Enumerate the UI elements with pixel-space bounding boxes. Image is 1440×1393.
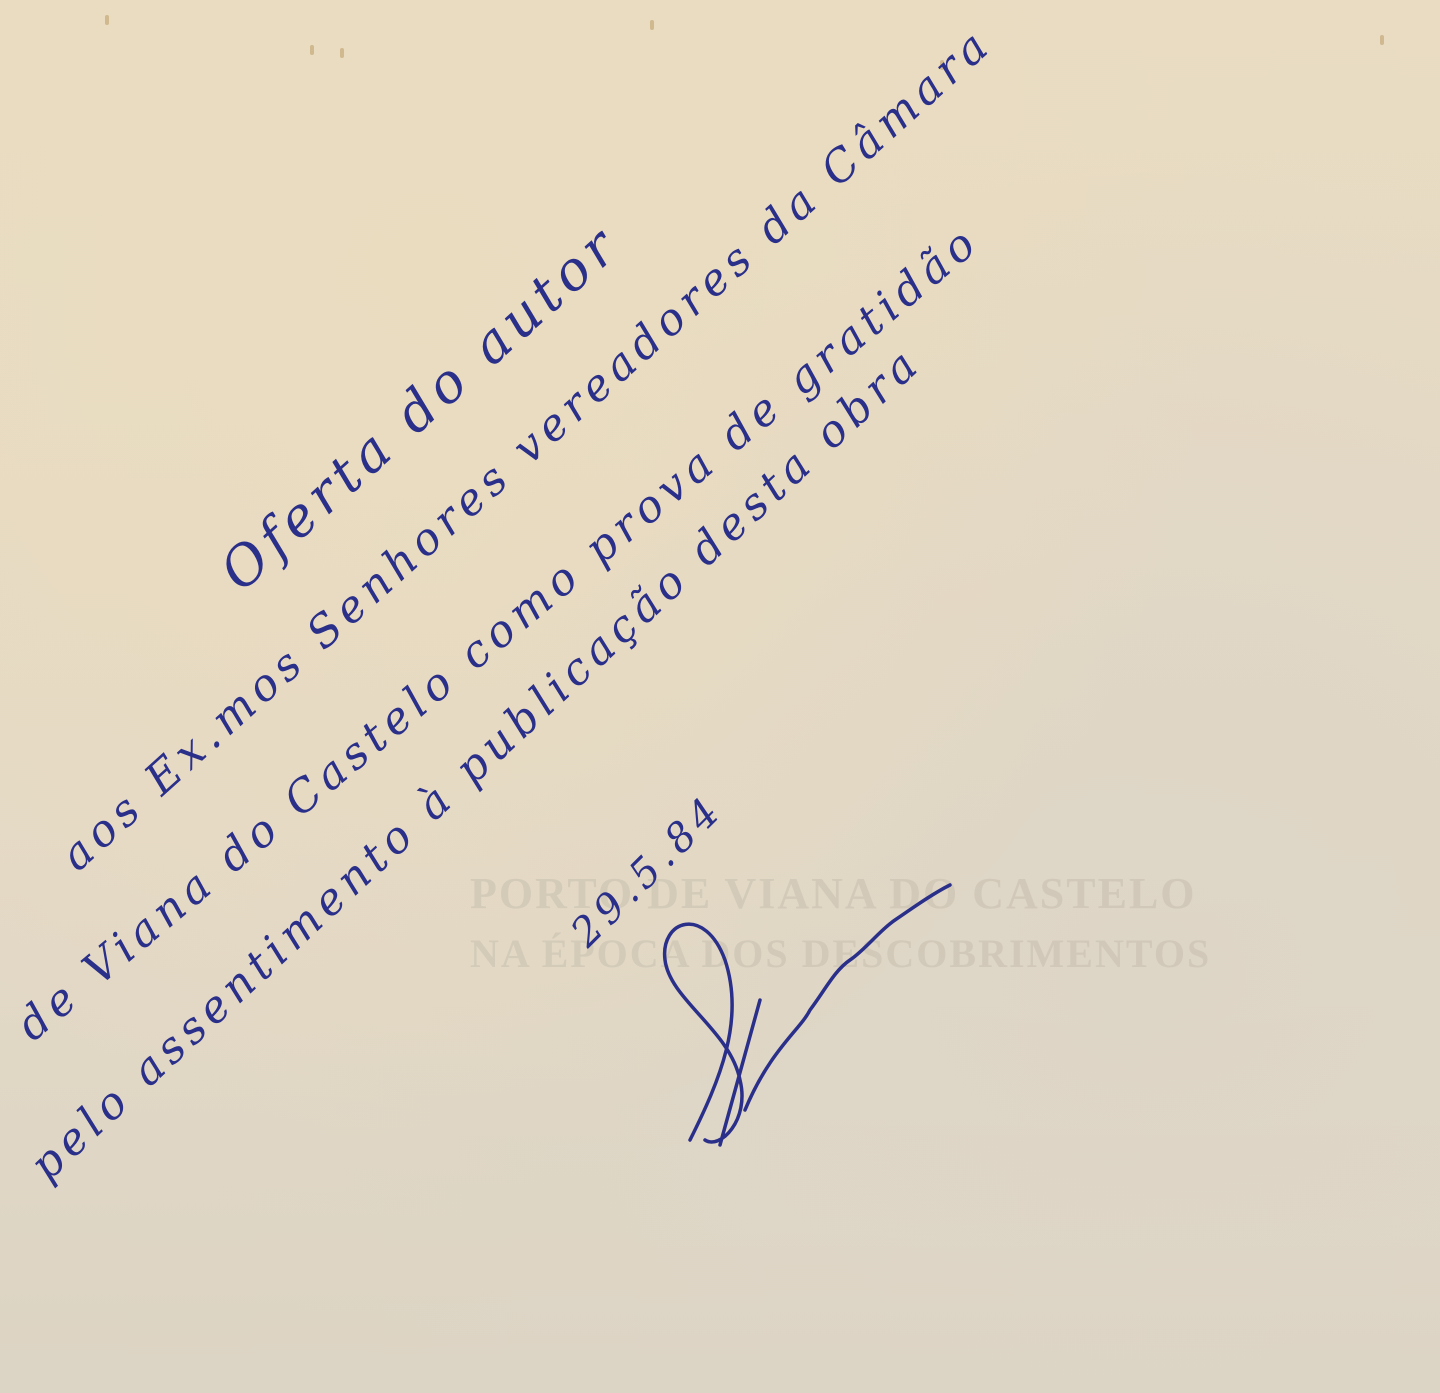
foxing-spot [650,20,654,30]
signature-mark [650,880,1010,1170]
foxing-spot [1380,35,1384,45]
foxing-spot [105,15,109,25]
foxing-spot [310,45,314,55]
foxing-spot [340,48,344,58]
